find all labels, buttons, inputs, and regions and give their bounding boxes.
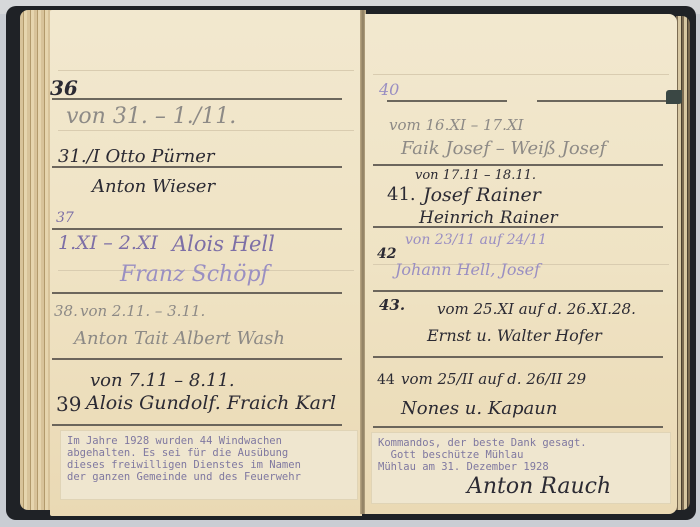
entry-name: Alois Gundolf. Fraich Karl [86, 392, 336, 414]
entry-name: Heinrich Rainer [419, 208, 558, 228]
page-tab-marker [666, 90, 682, 104]
page-edges-left [20, 10, 52, 510]
entry-divider [373, 426, 663, 428]
faint-line [58, 70, 354, 71]
entry-divider [537, 100, 667, 102]
entry-divider [52, 358, 342, 360]
entry-name: Anton Tait Albert Wash [74, 328, 285, 349]
entry-divider [387, 100, 507, 102]
entry-name: Alois Hell [172, 232, 275, 256]
entry-number: 38. [54, 302, 78, 320]
entry-dates: von 31. – 1./11. [66, 104, 236, 129]
entry-dates: von 23/11 auf 24/11 [405, 232, 547, 248]
entry-number: 40 [379, 80, 399, 99]
entry-name: Anton Wieser [92, 176, 215, 197]
left-page: 36 von 31. – 1./11. 31./I Otto Pürner An… [50, 10, 362, 516]
faint-line [373, 74, 669, 75]
entry-dates: von 7.11 – 8.11. [90, 370, 235, 391]
entry-name: Johann Hell, Josef [395, 260, 540, 279]
entry-number: 44 [377, 372, 395, 388]
faint-line [58, 130, 354, 131]
entry-divider [373, 290, 663, 292]
entry-number: 39 [56, 392, 81, 416]
entry-name: Josef Rainer [423, 184, 541, 206]
entry-dates: vom 16.XI – 17.XI [389, 116, 523, 134]
entry-divider [373, 356, 663, 358]
entry-number: 43. [379, 296, 405, 314]
entry-name: 31./I Otto Pürner [58, 146, 214, 167]
entry-dates: vom 25.XI auf d. 26.XI.28. [437, 300, 636, 318]
entry-name: Ernst u. Walter Hofer [427, 326, 602, 345]
entry-divider [52, 98, 342, 100]
entry-name: Franz Schöpf [120, 262, 269, 287]
entry-number: 36 [50, 76, 78, 100]
typed-note-left: Im Jahre 1928 wurden 44 Windwachen abgeh… [60, 430, 358, 500]
entry-dates: vom 25/II auf d. 26/II 29 [401, 370, 586, 388]
signature: Anton Rauch [467, 474, 611, 499]
entry-number: 37 [56, 210, 74, 226]
entry-divider [52, 228, 342, 230]
entry-dates: 1.XI – 2.XI [58, 232, 158, 254]
entry-name: Nones u. Kapaun [401, 398, 557, 419]
entry-number: 41. [387, 184, 416, 205]
right-page: 40 vom 16.XI – 17.XI Faik Josef – Weiß J… [365, 14, 677, 514]
entry-divider [52, 424, 342, 426]
entry-dates: von 17.11 – 18.11. [415, 168, 536, 183]
entry-dates: von 2.11. – 3.11. [80, 302, 205, 320]
entry-divider [373, 164, 663, 166]
entry-divider [52, 292, 342, 294]
entry-number: 42 [377, 246, 396, 262]
entry-name: Faik Josef – Weiß Josef [401, 138, 606, 159]
